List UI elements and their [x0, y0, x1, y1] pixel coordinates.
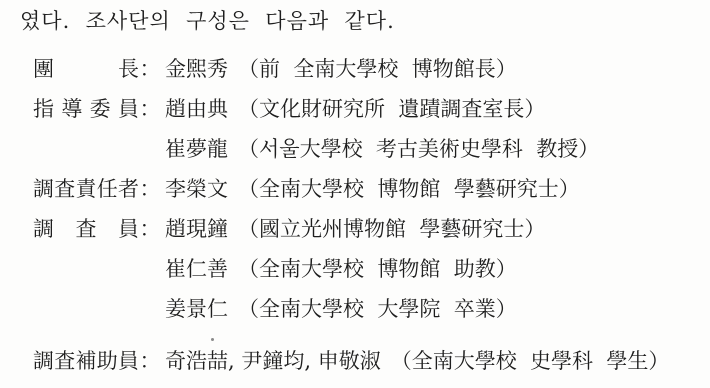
- member-name: 趙由典: [165, 93, 228, 123]
- intro-text: 였다. 조사단의 구성은 다음과 같다.: [20, 8, 710, 34]
- roster-document: 였다. 조사단의 구성은 다음과 같다. 團 長 ： 金煕秀 （前 全南大學校 …: [0, 0, 710, 380]
- member-affiliation: （全南大學校 博物館 學藝研究士）: [238, 173, 580, 203]
- roster-row: 指 導 委 員 ： 趙由典 （文化財研究所 遺蹟調査室長）: [20, 88, 710, 128]
- role-colon: ：: [139, 345, 161, 375]
- member-name: 崔夢龍: [165, 133, 228, 163]
- member-name: 姜景仁: [165, 293, 228, 323]
- member-affiliation: （前 全南大學校 博物館長）: [238, 53, 517, 83]
- role-label: 團 長: [33, 53, 139, 83]
- member-name: 李榮文: [165, 173, 228, 203]
- member-name: 奇浩喆, 尹鐘均, 申敬淑: [165, 345, 381, 375]
- roster-row: 崔仁善 （全南大學校 博物館 助教）: [20, 248, 710, 288]
- roster-row: 調査責任者 ： 李榮文 （全南大學校 博物館 學藝研究士）: [20, 168, 710, 208]
- role-label: 調査補助員: [33, 345, 139, 375]
- document-page: 였다. 조사단의 구성은 다음과 같다. 團 長 ： 金煕秀 （前 全南大學校 …: [0, 0, 710, 388]
- roster-row: 團 長 ： 金煕秀 （前 全南大學校 博物館長）: [20, 48, 710, 88]
- role-label: 指 導 委 員: [33, 93, 139, 123]
- roster-row: 調 査 員 ： 趙現鐘 （國立光州博物館 學藝研究士）: [20, 208, 710, 248]
- member-affiliation: （서울大學校 考古美術史學科 教授）: [238, 133, 599, 163]
- role-colon: ：: [139, 53, 161, 83]
- roster-row: 姜景仁 （全南大學校 大學院 卒業）: [20, 288, 710, 328]
- member-affiliation: （全南大學校 博物館 助教）: [238, 253, 517, 283]
- role-label: 調 査 員: [33, 213, 139, 243]
- member-affiliation: （文化財研究所 遺蹟調査室長）: [238, 93, 545, 123]
- role-colon: ：: [139, 93, 161, 123]
- member-affiliation: （國立光州博物館 學藝研究士）: [238, 213, 545, 243]
- role-colon: ：: [139, 213, 161, 243]
- role-label: 調査責任者: [33, 173, 139, 203]
- role-colon: ：: [139, 173, 161, 203]
- roster-row: 崔夢龍 （서울大學校 考古美術史學科 教授）: [20, 128, 710, 168]
- scan-speck-artifact: [211, 338, 214, 341]
- member-name: 趙現鐘: [165, 213, 228, 243]
- member-name: 金煕秀: [165, 53, 228, 83]
- member-name: 崔仁善: [165, 253, 228, 283]
- roster-row: 調査補助員 ： 奇浩喆, 尹鐘均, 申敬淑 （全南大學校 史學科 學生）: [20, 340, 710, 380]
- member-affiliation: （全南大學校 史學科 學生）: [391, 345, 670, 375]
- member-affiliation: （全南大學校 大學院 卒業）: [238, 293, 517, 323]
